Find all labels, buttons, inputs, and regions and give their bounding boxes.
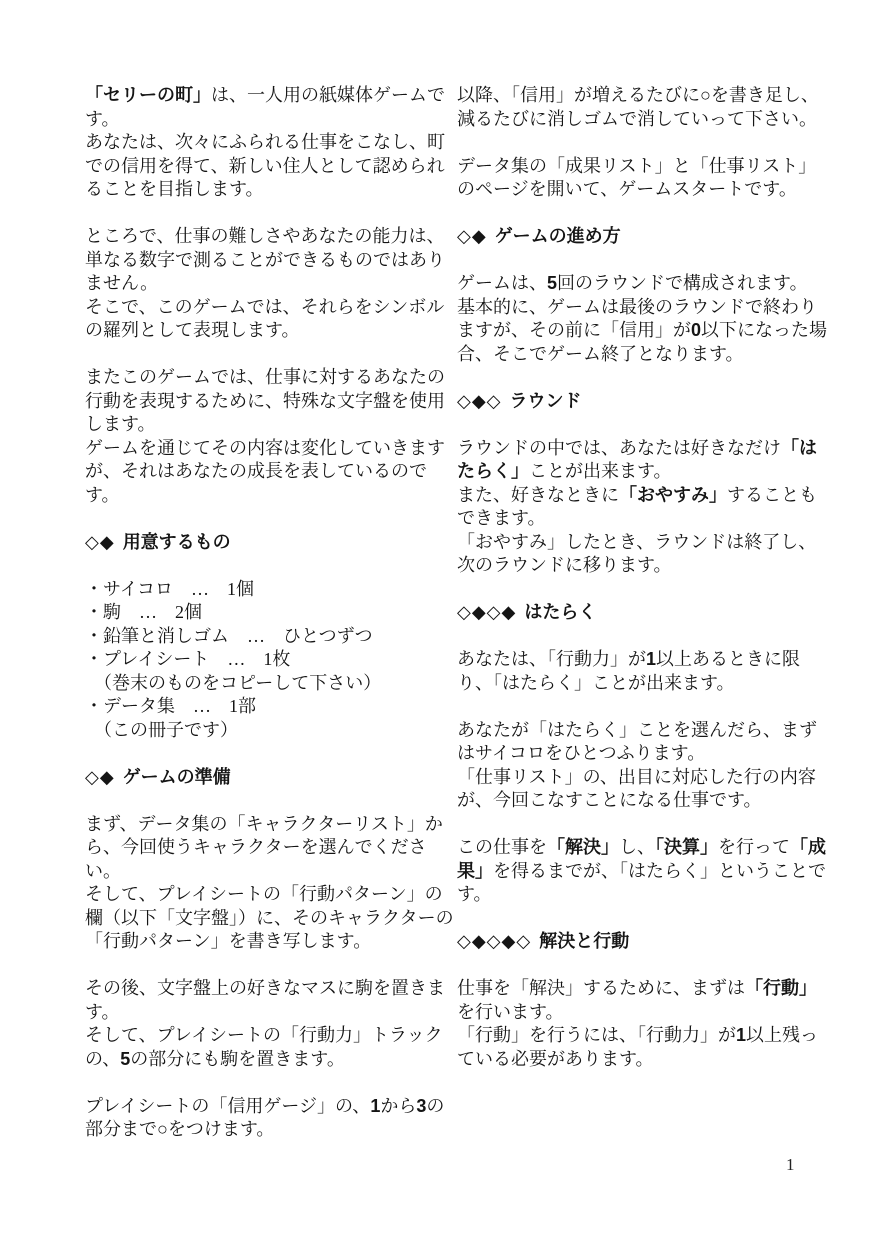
supplies-list: ・サイコロ … 1個・駒 … 2個・鉛筆と消しゴム … ひとつずつ・プレイシート… [85, 578, 457, 743]
section-heading: ◇◆ゲームの準備 [85, 766, 457, 790]
body-text: あなたは、次々にふられる仕事をこなし、町での信用を得て、新しい住人として認められ… [85, 132, 445, 199]
rulebook-page: 「セリーの町」は、一人用の紙媒体ゲームです。あなたは、次々にふられる仕事をこなし… [0, 0, 877, 1240]
section-heading: ◇◆◇◆◇解決と行動 [457, 930, 829, 954]
body-text: 回のラウンドで構成されます。 [557, 273, 808, 293]
list-item: ・鉛筆と消しゴム … ひとつずつ [85, 625, 457, 649]
body-text: を得るまでが、「はたらく」ということです。 [457, 861, 826, 905]
section-heading-label: ゲームの準備 [123, 767, 231, 787]
paragraph: この仕事を「解決」し、「決算」を行って「成果」を得るまでが、「はたらく」というこ… [457, 836, 829, 907]
paragraph: プレイシートの「信用ゲージ」の、1から3の部分まで○をつけます。 [85, 1095, 457, 1142]
body-text: ことが出来ます。 [529, 461, 672, 481]
diamond-marker-icon: ◇◆ [85, 767, 115, 787]
body-text: を行います。 [457, 1002, 564, 1022]
list-item: ・サイコロ … 1個 [85, 578, 457, 602]
list-item: （巻末のものをコピーして下さい） [85, 672, 457, 696]
paragraph: データ集の「成果リスト」と「仕事リスト」のページを開いて、ゲームスタートです。 [457, 155, 829, 202]
paragraph: まず、データ集の「キャラクターリスト」から、今回使うキャラクターを選んでください… [85, 813, 457, 884]
emphasis-text: 「セリーの町」 [85, 85, 211, 105]
paragraph: 「おやすみ」したとき、ラウンドは終了し、次のラウンドに移ります。 [457, 531, 829, 578]
section-heading-label: ラウンド [510, 391, 582, 411]
body-text: データ集の「成果リスト」と「仕事リスト」のページを開いて、ゲームスタートです。 [457, 156, 816, 200]
body-text: ゲームを通じてその内容は変化していきますが、それはあなたの成長を表しているのです… [85, 438, 445, 505]
section-heading-label: ゲームの進め方 [495, 226, 621, 246]
body-text: この仕事を [457, 837, 547, 857]
right-column: 以降、「信用」が増えるたびに○を書き足し、減るたびに消しゴムで消していって下さい… [457, 84, 829, 1095]
section-heading-label: 解決と行動 [539, 931, 629, 951]
body-text: ゲームは、 [457, 273, 547, 293]
body-text: し、 [619, 837, 655, 857]
section-heading: ◇◆◇ラウンド [457, 390, 829, 414]
section-heading: ◇◆ゲームの進め方 [457, 225, 829, 249]
emphasis-text: 「決算」 [655, 837, 718, 857]
emphasis-text: 0 [691, 320, 701, 340]
paragraph: 以降、「信用」が増えるたびに○を書き足し、減るたびに消しゴムで消していって下さい… [457, 84, 829, 131]
left-column: 「セリーの町」は、一人用の紙媒体ゲームです。あなたは、次々にふられる仕事をこなし… [85, 84, 457, 1165]
emphasis-text: 1 [736, 1025, 746, 1045]
paragraph-group: 以降、「信用」が増えるたびに○を書き足し、減るたびに消しゴムで消していって下さい… [457, 84, 829, 131]
emphasis-text: 3 [416, 1096, 426, 1116]
section-heading: ◇◆◇◆はたらく [457, 601, 829, 625]
body-text: またこのゲームでは、仕事に対するあなたの行動を表現するために、特殊な文字盤を使用… [85, 367, 445, 434]
paragraph-group: この仕事を「解決」し、「決算」を行って「成果」を得るまでが、「はたらく」というこ… [457, 836, 829, 907]
paragraph: 基本的に、ゲームは最後のラウンドで終わりますが、その前に「信用」が0以下になった… [457, 296, 829, 367]
body-text: 「行動」を行うには、「行動力」が [457, 1025, 736, 1045]
diamond-marker-icon: ◇◆◇◆ [457, 602, 516, 622]
body-text: ラウンドの中では、あなたは好きなだけ [457, 438, 781, 458]
body-text: そこで、このゲームでは、それらをシンボルの羅列として表現します。 [85, 297, 444, 341]
diamond-marker-icon: ◇◆◇◆◇ [457, 931, 531, 951]
paragraph: そこで、このゲームでは、それらをシンボルの羅列として表現します。 [85, 296, 457, 343]
emphasis-text: 「行動」 [745, 978, 817, 998]
paragraph-group: ところで、仕事の難しさやあなたの能力は、単なる数字で測ることができるものではあり… [85, 225, 457, 343]
paragraph: ところで、仕事の難しさやあなたの能力は、単なる数字で測ることができるものではあり… [85, 225, 457, 296]
paragraph-group: データ集の「成果リスト」と「仕事リスト」のページを開いて、ゲームスタートです。 [457, 155, 829, 202]
paragraph-group: プレイシートの「信用ゲージ」の、1から3の部分まで○をつけます。 [85, 1095, 457, 1142]
body-text: そして、プレイシートの「行動パターン」の欄（以下「文字盤」）に、そのキャラクター… [85, 884, 454, 951]
paragraph: 「行動」を行うには、「行動力」が1以上残っている必要があります。 [457, 1024, 829, 1071]
paragraph-group: まず、データ集の「キャラクターリスト」から、今回使うキャラクターを選んでください… [85, 813, 457, 954]
paragraph: またこのゲームでは、仕事に対するあなたの行動を表現するために、特殊な文字盤を使用… [85, 366, 457, 437]
paragraph: ラウンドの中では、あなたは好きなだけ「はたらく」ことが出来ます。 [457, 437, 829, 484]
paragraph: 「仕事リスト」の、出目に対応した行の内容が、今回こなすことになる仕事です。 [457, 766, 829, 813]
paragraph: ゲームは、5回のラウンドで構成されます。 [457, 272, 829, 296]
paragraph: そして、プレイシートの「行動力」トラックの、5の部分にも駒を置きます。 [85, 1024, 457, 1071]
body-text: まず、データ集の「キャラクターリスト」から、今回使うキャラクターを選んでください… [85, 814, 443, 881]
page-number: 1 [786, 1154, 795, 1176]
section-heading-label: 用意するもの [123, 532, 231, 552]
body-text: ところで、仕事の難しさやあなたの能力は、単なる数字で測ることができるものではあり… [85, 226, 445, 293]
diamond-marker-icon: ◇◆ [457, 226, 487, 246]
diamond-marker-icon: ◇◆◇ [457, 391, 502, 411]
paragraph-group: 「セリーの町」は、一人用の紙媒体ゲームです。あなたは、次々にふられる仕事をこなし… [85, 84, 457, 202]
body-text: 「仕事リスト」の、出目に対応した行の内容が、今回こなすことになる仕事です。 [457, 767, 816, 811]
section-heading: ◇◆用意するもの [85, 531, 457, 555]
paragraph: また、好きなときに「おやすみ」することもできます。 [457, 484, 829, 531]
section-heading-label: はたらく [524, 602, 596, 622]
paragraph: 仕事を「解決」するために、まずは「行動」を行います。 [457, 977, 829, 1024]
emphasis-text: 1 [370, 1096, 380, 1116]
list-item: ・データ集 … 1部 [85, 695, 457, 719]
body-text: 以降、「信用」が増えるたびに○を書き足し、減るたびに消しゴムで消していって下さい… [457, 85, 819, 129]
list-item: （この冊子です） [85, 719, 457, 743]
body-text: その後、文字盤上の好きなマスに駒を置きます。 [85, 978, 445, 1022]
emphasis-text: 1 [646, 649, 656, 669]
paragraph-group: あなたは、「行動力」が1以上あるときに限り、「はたらく」ことが出来ます。 [457, 648, 829, 695]
diamond-marker-icon: ◇◆ [85, 532, 115, 552]
paragraph: ゲームを通じてその内容は変化していきますが、それはあなたの成長を表しているのです… [85, 437, 457, 508]
body-text: から [380, 1096, 416, 1116]
paragraph: その後、文字盤上の好きなマスに駒を置きます。 [85, 977, 457, 1024]
paragraph-group: ラウンドの中では、あなたは好きなだけ「はたらく」ことが出来ます。また、好きなとき… [457, 437, 829, 578]
list-item: ・プレイシート … 1枚 [85, 648, 457, 672]
paragraph-group: その後、文字盤上の好きなマスに駒を置きます。そして、プレイシートの「行動力」トラ… [85, 977, 457, 1071]
body-text: プレイシートの「信用ゲージ」の、 [85, 1096, 370, 1116]
body-text: あなたが「はたらく」ことを選んだら、まずはサイコロをひとつふります。 [457, 720, 817, 764]
body-text: 「おやすみ」したとき、ラウンドは終了し、次のラウンドに移ります。 [457, 532, 816, 576]
paragraph-group: あなたが「はたらく」ことを選んだら、まずはサイコロをひとつふります。「仕事リスト… [457, 719, 829, 813]
body-text: の部分にも駒を置きます。 [130, 1049, 345, 1069]
paragraph: 「セリーの町」は、一人用の紙媒体ゲームです。 [85, 84, 457, 131]
paragraph: あなたは、次々にふられる仕事をこなし、町での信用を得て、新しい住人として認められ… [85, 131, 457, 202]
body-text: を行って [718, 837, 790, 857]
body-text: あなたは、「行動力」が [457, 649, 646, 669]
emphasis-text: 5 [120, 1049, 130, 1069]
list-item: ・駒 … 2個 [85, 601, 457, 625]
body-text: 仕事を「解決」するために、まずは [457, 978, 745, 998]
paragraph: あなたが「はたらく」ことを選んだら、まずはサイコロをひとつふります。 [457, 719, 829, 766]
paragraph: あなたは、「行動力」が1以上あるときに限り、「はたらく」ことが出来ます。 [457, 648, 829, 695]
emphasis-text: 「解決」 [547, 837, 619, 857]
body-text: また、好きなときに [457, 485, 619, 505]
paragraph-group: 仕事を「解決」するために、まずは「行動」を行います。「行動」を行うには、「行動力… [457, 977, 829, 1071]
emphasis-text: 5 [547, 273, 557, 293]
emphasis-text: 「おやすみ」 [619, 485, 727, 505]
paragraph-group: ゲームは、5回のラウンドで構成されます。基本的に、ゲームは最後のラウンドで終わり… [457, 272, 829, 366]
paragraph-group: またこのゲームでは、仕事に対するあなたの行動を表現するために、特殊な文字盤を使用… [85, 366, 457, 507]
paragraph: そして、プレイシートの「行動パターン」の欄（以下「文字盤」）に、そのキャラクター… [85, 883, 457, 954]
